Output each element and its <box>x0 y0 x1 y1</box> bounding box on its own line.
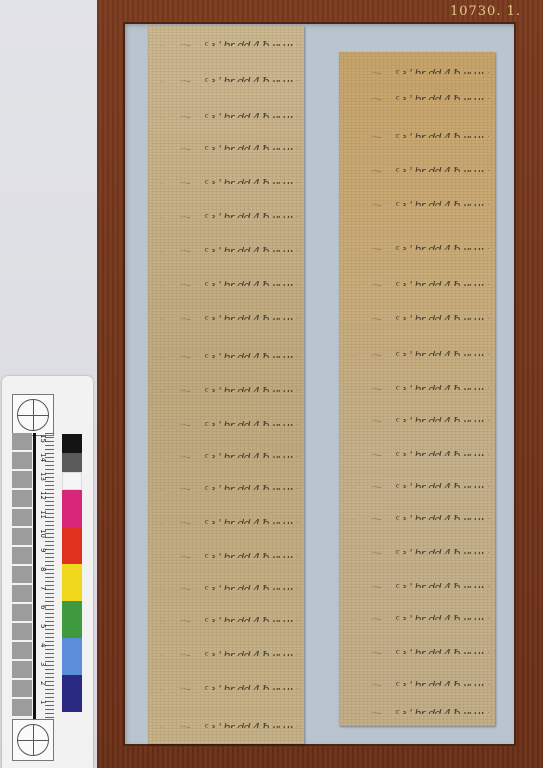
swatch-red <box>62 527 82 564</box>
script-line: 𓂋𓈖𓏏𓆑 ᶜ ꜣ ʾ ḥr ḏd 4 ꝥ ⲛⲓ ⲙⲁ ⲧⲉ ϥ <box>154 274 298 286</box>
script-line: 𓂋𓈖𓏏𓆑 ᶜ ꜣ ʾ ḥr ḏd 4 ꝥ ⲛⲓ ⲙⲁ ⲧⲉ ϥ <box>345 274 489 286</box>
script-line: 𓂋𓈖𓏏𓆑 ᶜ ꜣ ʾ ḥr ḏd 4 ꝥ ⲛⲓ ⲙⲁ ⲧⲉ ϥ <box>345 126 489 138</box>
script-line: 𓂋𓈖𓏏𓆑 ᶜ ꜣ ʾ ḥr ḏd 4 ꝥ ⲛⲓ ⲙⲁ ⲧⲉ ϥ <box>345 238 489 250</box>
ruler-number: 9 <box>39 548 47 560</box>
ruler-number: 15 <box>39 434 47 446</box>
color-scale-card: 15 14 13 12 11 10 9 8 7 6 5 4 3 2 1 <box>2 376 93 768</box>
script-line: 𓂋𓈖𓏏𓆑 ᶜ ꜣ ʾ ḥr ḏd 4 ꝥ ⲛⲓ ⲙⲁ ⲧⲉ ϥ <box>345 674 489 686</box>
script-line: 𓂋𓈖𓏏𓆑 ᶜ ꜣ ʾ ḥr ḏd 4 ꝥ ⲛⲓ ⲙⲁ ⲧⲉ ϥ <box>345 542 489 554</box>
script-line: 𓂋𓈖𓏏𓆑 ᶜ ꜣ ʾ ḥr ḏd 4 ꝥ ⲛⲓ ⲙⲁ ⲧⲉ ϥ <box>345 642 489 654</box>
script-line: 𓂋𓈖𓏏𓆑 ᶜ ꜣ ʾ ḥr ḏd 4 ꝥ ⲛⲓ ⲙⲁ ⲧⲉ ϥ <box>154 546 298 558</box>
script-line: 𓂋𓈖𓏏𓆑 ᶜ ꜣ ʾ ḥr ḏd 4 ꝥ ⲛⲓ ⲙⲁ ⲧⲉ ϥ <box>345 88 489 100</box>
swatch-dark-grey <box>62 453 82 472</box>
inventory-label: 10730. 1. <box>450 4 521 19</box>
script-line: 𓂋𓈖𓏏𓆑 ᶜ ꜣ ʾ ḥr ḏd 4 ꝥ ⲛⲓ ⲙⲁ ⲧⲉ ϥ <box>345 508 489 520</box>
ruler-number: 6 <box>39 605 47 617</box>
script-line: 𓂋𓈖𓏏𓆑 ᶜ ꜣ ʾ ḥr ḏd 4 ꝥ ⲛⲓ ⲙⲁ ⲧⲉ ϥ <box>154 172 298 184</box>
swatch-white <box>62 472 82 490</box>
ruler-number: 3 <box>39 662 47 674</box>
script-line: 𓂋𓈖𓏏𓆑 ᶜ ꜣ ʾ ḥr ḏd 4 ꝥ ⲛⲓ ⲙⲁ ⲧⲉ ϥ <box>345 194 489 206</box>
papyrus-strip-right: 𓂋𓈖𓏏𓆑 ᶜ ꜣ ʾ ḥr ḏd 4 ꝥ ⲛⲓ ⲙⲁ ⲧⲉ ϥ 𓂋𓈖𓏏𓆑 ᶜ ꜣ… <box>339 52 495 726</box>
script-line: 𓂋𓈖𓏏𓆑 ᶜ ꜣ ʾ ḥr ḏd 4 ꝥ ⲛⲓ ⲙⲁ ⲧⲉ ϥ <box>154 446 298 458</box>
swatch-yellow <box>62 564 82 601</box>
script-line: 𓂋𓈖𓏏𓆑 ᶜ ꜣ ʾ ḥr ḏd 4 ꝥ ⲛⲓ ⲙⲁ ⲧⲉ ϥ <box>345 410 489 422</box>
ruler-number: 1 <box>39 700 47 712</box>
script-line: 𓂋𓈖𓏏𓆑 ᶜ ꜣ ʾ ḥr ḏd 4 ꝥ ⲛⲓ ⲙⲁ ⲧⲉ ϥ <box>345 702 489 714</box>
script-line: 𓂋𓈖𓏏𓆑 ᶜ ꜣ ʾ ḥr ḏd 4 ꝥ ⲛⲓ ⲙⲁ ⲧⲉ ϥ <box>154 346 298 358</box>
script-line: 𓂋𓈖𓏏𓆑 ᶜ ꜣ ʾ ḥr ḏd 4 ꝥ ⲛⲓ ⲙⲁ ⲧⲉ ϥ <box>345 160 489 172</box>
script-line: 𓂋𓈖𓏏𓆑 ᶜ ꜣ ʾ ḥr ḏd 4 ꝥ ⲛⲓ ⲙⲁ ⲧⲉ ϥ <box>154 644 298 656</box>
crosshair-target-bottom <box>12 719 54 761</box>
script-line: 𓂋𓈖𓏏𓆑 ᶜ ꜣ ʾ ḥr ḏd 4 ꝥ ⲛⲓ ⲙⲁ ⲧⲉ ϥ <box>345 608 489 620</box>
script-line: 𓂋𓈖𓏏𓆑 ᶜ ꜣ ʾ ḥr ḏd 4 ꝥ ⲛⲓ ⲙⲁ ⲧⲉ ϥ <box>345 476 489 488</box>
script-line: 𓂋𓈖𓏏𓆑 ᶜ ꜣ ʾ ḥr ḏd 4 ꝥ ⲛⲓ ⲙⲁ ⲧⲉ ϥ <box>154 414 298 426</box>
script-line: 𓂋𓈖𓏏𓆑 ᶜ ꜣ ʾ ḥr ḏd 4 ꝥ ⲛⲓ ⲙⲁ ⲧⲉ ϥ <box>345 62 489 74</box>
script-line: 𓂋𓈖𓏏𓆑 ᶜ ꜣ ʾ ḥr ḏd 4 ꝥ ⲛⲓ ⲙⲁ ⲧⲉ ϥ <box>345 378 489 390</box>
ruler-number: 13 <box>39 472 47 484</box>
script-line: 𓂋𓈖𓏏𓆑 ᶜ ꜣ ʾ ḥr ḏd 4 ꝥ ⲛⲓ ⲙⲁ ⲧⲉ ϥ <box>345 444 489 456</box>
ruler-number: 12 <box>39 491 47 503</box>
ruler-number: 8 <box>39 567 47 579</box>
script-line: 𓂋𓈖𓏏𓆑 ᶜ ꜣ ʾ ḥr ḏd 4 ꝥ ⲛⲓ ⲙⲁ ⲧⲉ ϥ <box>154 206 298 218</box>
script-line: 𓂋𓈖𓏏𓆑 ᶜ ꜣ ʾ ḥr ḏd 4 ꝥ ⲛⲓ ⲙⲁ ⲧⲉ ϥ <box>154 34 298 46</box>
swatch-indigo <box>62 675 82 712</box>
papyrus-strip-left: 𓂋𓈖𓏏𓆑 ᶜ ꜣ ʾ ḥr ḏd 4 ꝥ ⲛⲓ ⲙⲁ ⲧⲉ ϥ 𓂋𓈖𓏏𓆑 ᶜ ꜣ… <box>148 26 304 744</box>
ruler-number: 14 <box>39 453 47 465</box>
script-line: 𓂋𓈖𓏏𓆑 ᶜ ꜣ ʾ ḥr ḏd 4 ꝥ ⲛⲓ ⲙⲁ ⲧⲉ ϥ <box>154 106 298 118</box>
script-line: 𓂋𓈖𓏏𓆑 ᶜ ꜣ ʾ ḥr ḏd 4 ꝥ ⲛⲓ ⲙⲁ ⲧⲉ ϥ <box>154 578 298 590</box>
script-line: 𓂋𓈖𓏏𓆑 ᶜ ꜣ ʾ ḥr ḏd 4 ꝥ ⲛⲓ ⲙⲁ ⲧⲉ ϥ <box>154 678 298 690</box>
script-line: 𓂋𓈖𓏏𓆑 ᶜ ꜣ ʾ ḥr ḏd 4 ꝥ ⲛⲓ ⲙⲁ ⲧⲉ ϥ <box>154 138 298 150</box>
script-line: 𓂋𓈖𓏏𓆑 ᶜ ꜣ ʾ ḥr ḏd 4 ꝥ ⲛⲓ ⲙⲁ ⲧⲉ ϥ <box>154 512 298 524</box>
swatch-blue <box>62 638 82 675</box>
ruler-number: 4 <box>39 643 47 655</box>
script-line: 𓂋𓈖𓏏𓆑 ᶜ ꜣ ʾ ḥr ḏd 4 ꝥ ⲛⲓ ⲙⲁ ⲧⲉ ϥ <box>154 308 298 320</box>
ruler-number: 2 <box>39 681 47 693</box>
script-line: 𓂋𓈖𓏏𓆑 ᶜ ꜣ ʾ ḥr ḏd 4 ꝥ ⲛⲓ ⲙⲁ ⲧⲉ ϥ <box>154 70 298 82</box>
ruler-number: 10 <box>39 529 47 541</box>
script-line: 𓂋𓈖𓏏𓆑 ᶜ ꜣ ʾ ḥr ḏd 4 ꝥ ⲛⲓ ⲙⲁ ⲧⲉ ϥ <box>345 576 489 588</box>
script-line: 𓂋𓈖𓏏𓆑 ᶜ ꜣ ʾ ḥr ḏd 4 ꝥ ⲛⲓ ⲙⲁ ⲧⲉ ϥ <box>154 380 298 392</box>
script-line: 𓂋𓈖𓏏𓆑 ᶜ ꜣ ʾ ḥr ḏd 4 ꝥ ⲛⲓ ⲙⲁ ⲧⲉ ϥ <box>154 240 298 252</box>
ruler-number: 5 <box>39 624 47 636</box>
cm-ruler: 15 14 13 12 11 10 9 8 7 6 5 4 3 2 1 <box>12 433 54 733</box>
swatch-magenta <box>62 490 82 527</box>
script-line: 𓂋𓈖𓏏𓆑 ᶜ ꜣ ʾ ḥr ḏd 4 ꝥ ⲛⲓ ⲙⲁ ⲧⲉ ϥ <box>345 308 489 320</box>
script-line: 𓂋𓈖𓏏𓆑 ᶜ ꜣ ʾ ḥr ḏd 4 ꝥ ⲛⲓ ⲙⲁ ⲧⲉ ϥ <box>345 344 489 356</box>
crosshair-target-top <box>12 394 54 436</box>
ruler-number: 7 <box>39 586 47 598</box>
script-line: 𓂋𓈖𓏏𓆑 ᶜ ꜣ ʾ ḥr ḏd 4 ꝥ ⲛⲓ ⲙⲁ ⲧⲉ ϥ <box>154 716 298 728</box>
swatch-black <box>62 434 82 453</box>
swatch-green <box>62 601 82 638</box>
script-line: 𓂋𓈖𓏏𓆑 ᶜ ꜣ ʾ ḥr ḏd 4 ꝥ ⲛⲓ ⲙⲁ ⲧⲉ ϥ <box>154 610 298 622</box>
script-line: 𓂋𓈖𓏏𓆑 ᶜ ꜣ ʾ ḥr ḏd 4 ꝥ ⲛⲓ ⲙⲁ ⲧⲉ ϥ <box>154 478 298 490</box>
ruler-number: 11 <box>39 510 47 522</box>
